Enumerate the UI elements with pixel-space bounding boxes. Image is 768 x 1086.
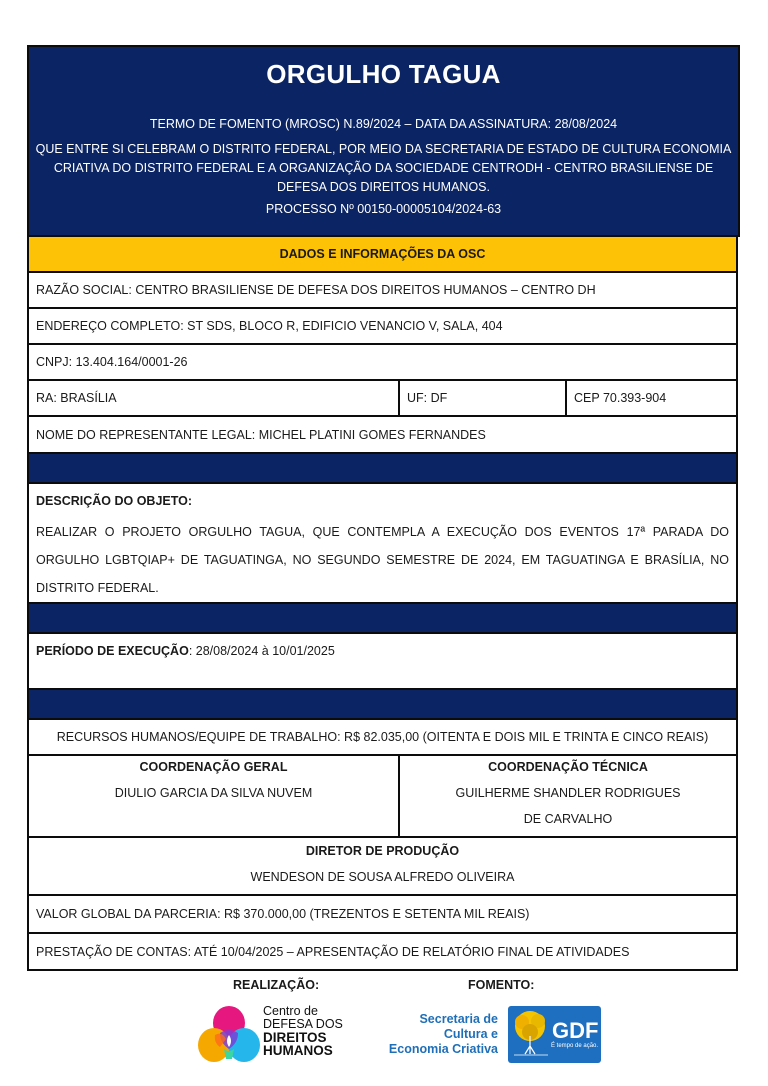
diretor-name: WENDESON DE SOUSA ALFREDO OLIVEIRA [251,864,515,890]
osc-section-header: DADOS E INFORMAÇÕES DA OSC [27,237,738,273]
row-cnpj: CNPJ: 13.404.164/0001-26 [27,345,738,381]
row-objeto: DESCRIÇÃO DO OBJETO: REALIZAR O PROJETO … [27,484,738,604]
osc-section-title: DADOS E INFORMAÇÕES DA OSC [29,237,736,271]
representante-legal: NOME DO REPRESENTANTE LEGAL: MICHEL PLAT… [29,417,736,452]
navy-divider [27,454,738,484]
coord-tecnica-label: COORDENAÇÃO TÉCNICA [488,760,648,774]
cep: CEP 70.393-904 [565,381,736,415]
processo-number: PROCESSO Nº 00150-00005104/2024-63 [29,202,738,216]
secretaria-logo: Secretaria de Cultura e Economia Criativ… [378,1012,498,1057]
diretor-label: DIRETOR DE PRODUÇÃO [306,844,459,858]
periodo-value: : 28/08/2024 à 10/01/2025 [189,644,335,658]
endereco: ENDEREÇO COMPLETO: ST SDS, BLOCO R, EDIF… [29,309,736,343]
row-localizacao: RA: BRASÍLIA UF: DF CEP 70.393-904 [27,381,738,417]
navy-divider [27,690,738,720]
cdh-logo-icon [198,1005,260,1063]
info-table: DADOS E INFORMAÇÕES DA OSC RAZÃO SOCIAL:… [27,237,738,971]
termo-fomento: TERMO DE FOMENTO (MROSC) N.89/2024 – DAT… [29,117,738,131]
uf: UF: DF [398,381,565,415]
coord-geral-label: COORDENAÇÃO GERAL [140,760,288,774]
secretaria-line2: Cultura e [378,1027,498,1042]
secretaria-line1: Secretaria de [378,1012,498,1027]
periodo-label: PERÍODO DE EXECUÇÃO [36,644,189,658]
row-razao-social: RAZÃO SOCIAL: CENTRO BRASILIENSE DE DEFE… [27,273,738,309]
row-prestacao: PRESTAÇÃO DE CONTAS: ATÉ 10/04/2025 – AP… [27,934,738,971]
coord-tecnica-name-2: DE CARVALHO [455,806,680,832]
cnpj: CNPJ: 13.404.164/0001-26 [29,345,736,379]
coord-geral-name: DIULIO GARCIA DA SILVA NUVEM [115,780,313,806]
ra: RA: BRASÍLIA [29,381,398,415]
celebram-text: QUE ENTRE SI CELEBRAM O DISTRITO FEDERAL… [29,140,738,197]
row-recursos: RECURSOS HUMANOS/EQUIPE DE TRABALHO: R$ … [27,720,738,756]
row-diretor: DIRETOR DE PRODUÇÃO WENDESON DE SOUSA AL… [27,838,738,896]
document-title: ORGULHO TAGUA [29,59,738,90]
row-coordenacao: COORDENAÇÃO GERAL DIULIO GARCIA DA SILVA… [27,756,738,838]
ipe-tree-icon [508,1006,552,1063]
gdf-word: GDF [552,1018,598,1044]
row-valor-global: VALOR GLOBAL DA PARCERIA: R$ 370.000,00 … [27,896,738,934]
navy-divider [27,604,738,634]
fomento-label: FOMENTO: [468,978,534,992]
row-periodo: PERÍODO DE EXECUÇÃO : 28/08/2024 à 10/01… [27,634,738,690]
objeto-label: DESCRIÇÃO DO OBJETO: [36,494,729,508]
valor-global: VALOR GLOBAL DA PARCERIA: R$ 370.000,00 … [29,896,736,932]
razao-social: RAZÃO SOCIAL: CENTRO BRASILIENSE DE DEFE… [29,273,736,307]
recursos-humanos: RECURSOS HUMANOS/EQUIPE DE TRABALHO: R$ … [29,720,736,754]
cdh-line4: HUMANOS [263,1044,343,1057]
prestacao-contas: PRESTAÇÃO DE CONTAS: ATÉ 10/04/2025 – AP… [29,934,736,969]
row-representante: NOME DO REPRESENTANTE LEGAL: MICHEL PLAT… [27,417,738,454]
secretaria-line3: Economia Criativa [378,1042,498,1057]
gdf-logo: GDF É tempo de ação. [508,1006,601,1063]
objeto-text: REALIZAR O PROJETO ORGULHO TAGUA, QUE CO… [36,518,729,602]
coord-tecnica-name-1: GUILHERME SHANDLER RODRIGUES [455,780,680,806]
cdh-logo: Centro de DEFESA DOS DIREITOS HUMANOS [198,1005,348,1065]
gdf-tagline: É tempo de ação. [551,1043,598,1049]
row-endereco: ENDEREÇO COMPLETO: ST SDS, BLOCO R, EDIF… [27,309,738,345]
realizacao-label: REALIZAÇÃO: [233,978,319,992]
document-header: ORGULHO TAGUA TERMO DE FOMENTO (MROSC) N… [27,45,740,237]
